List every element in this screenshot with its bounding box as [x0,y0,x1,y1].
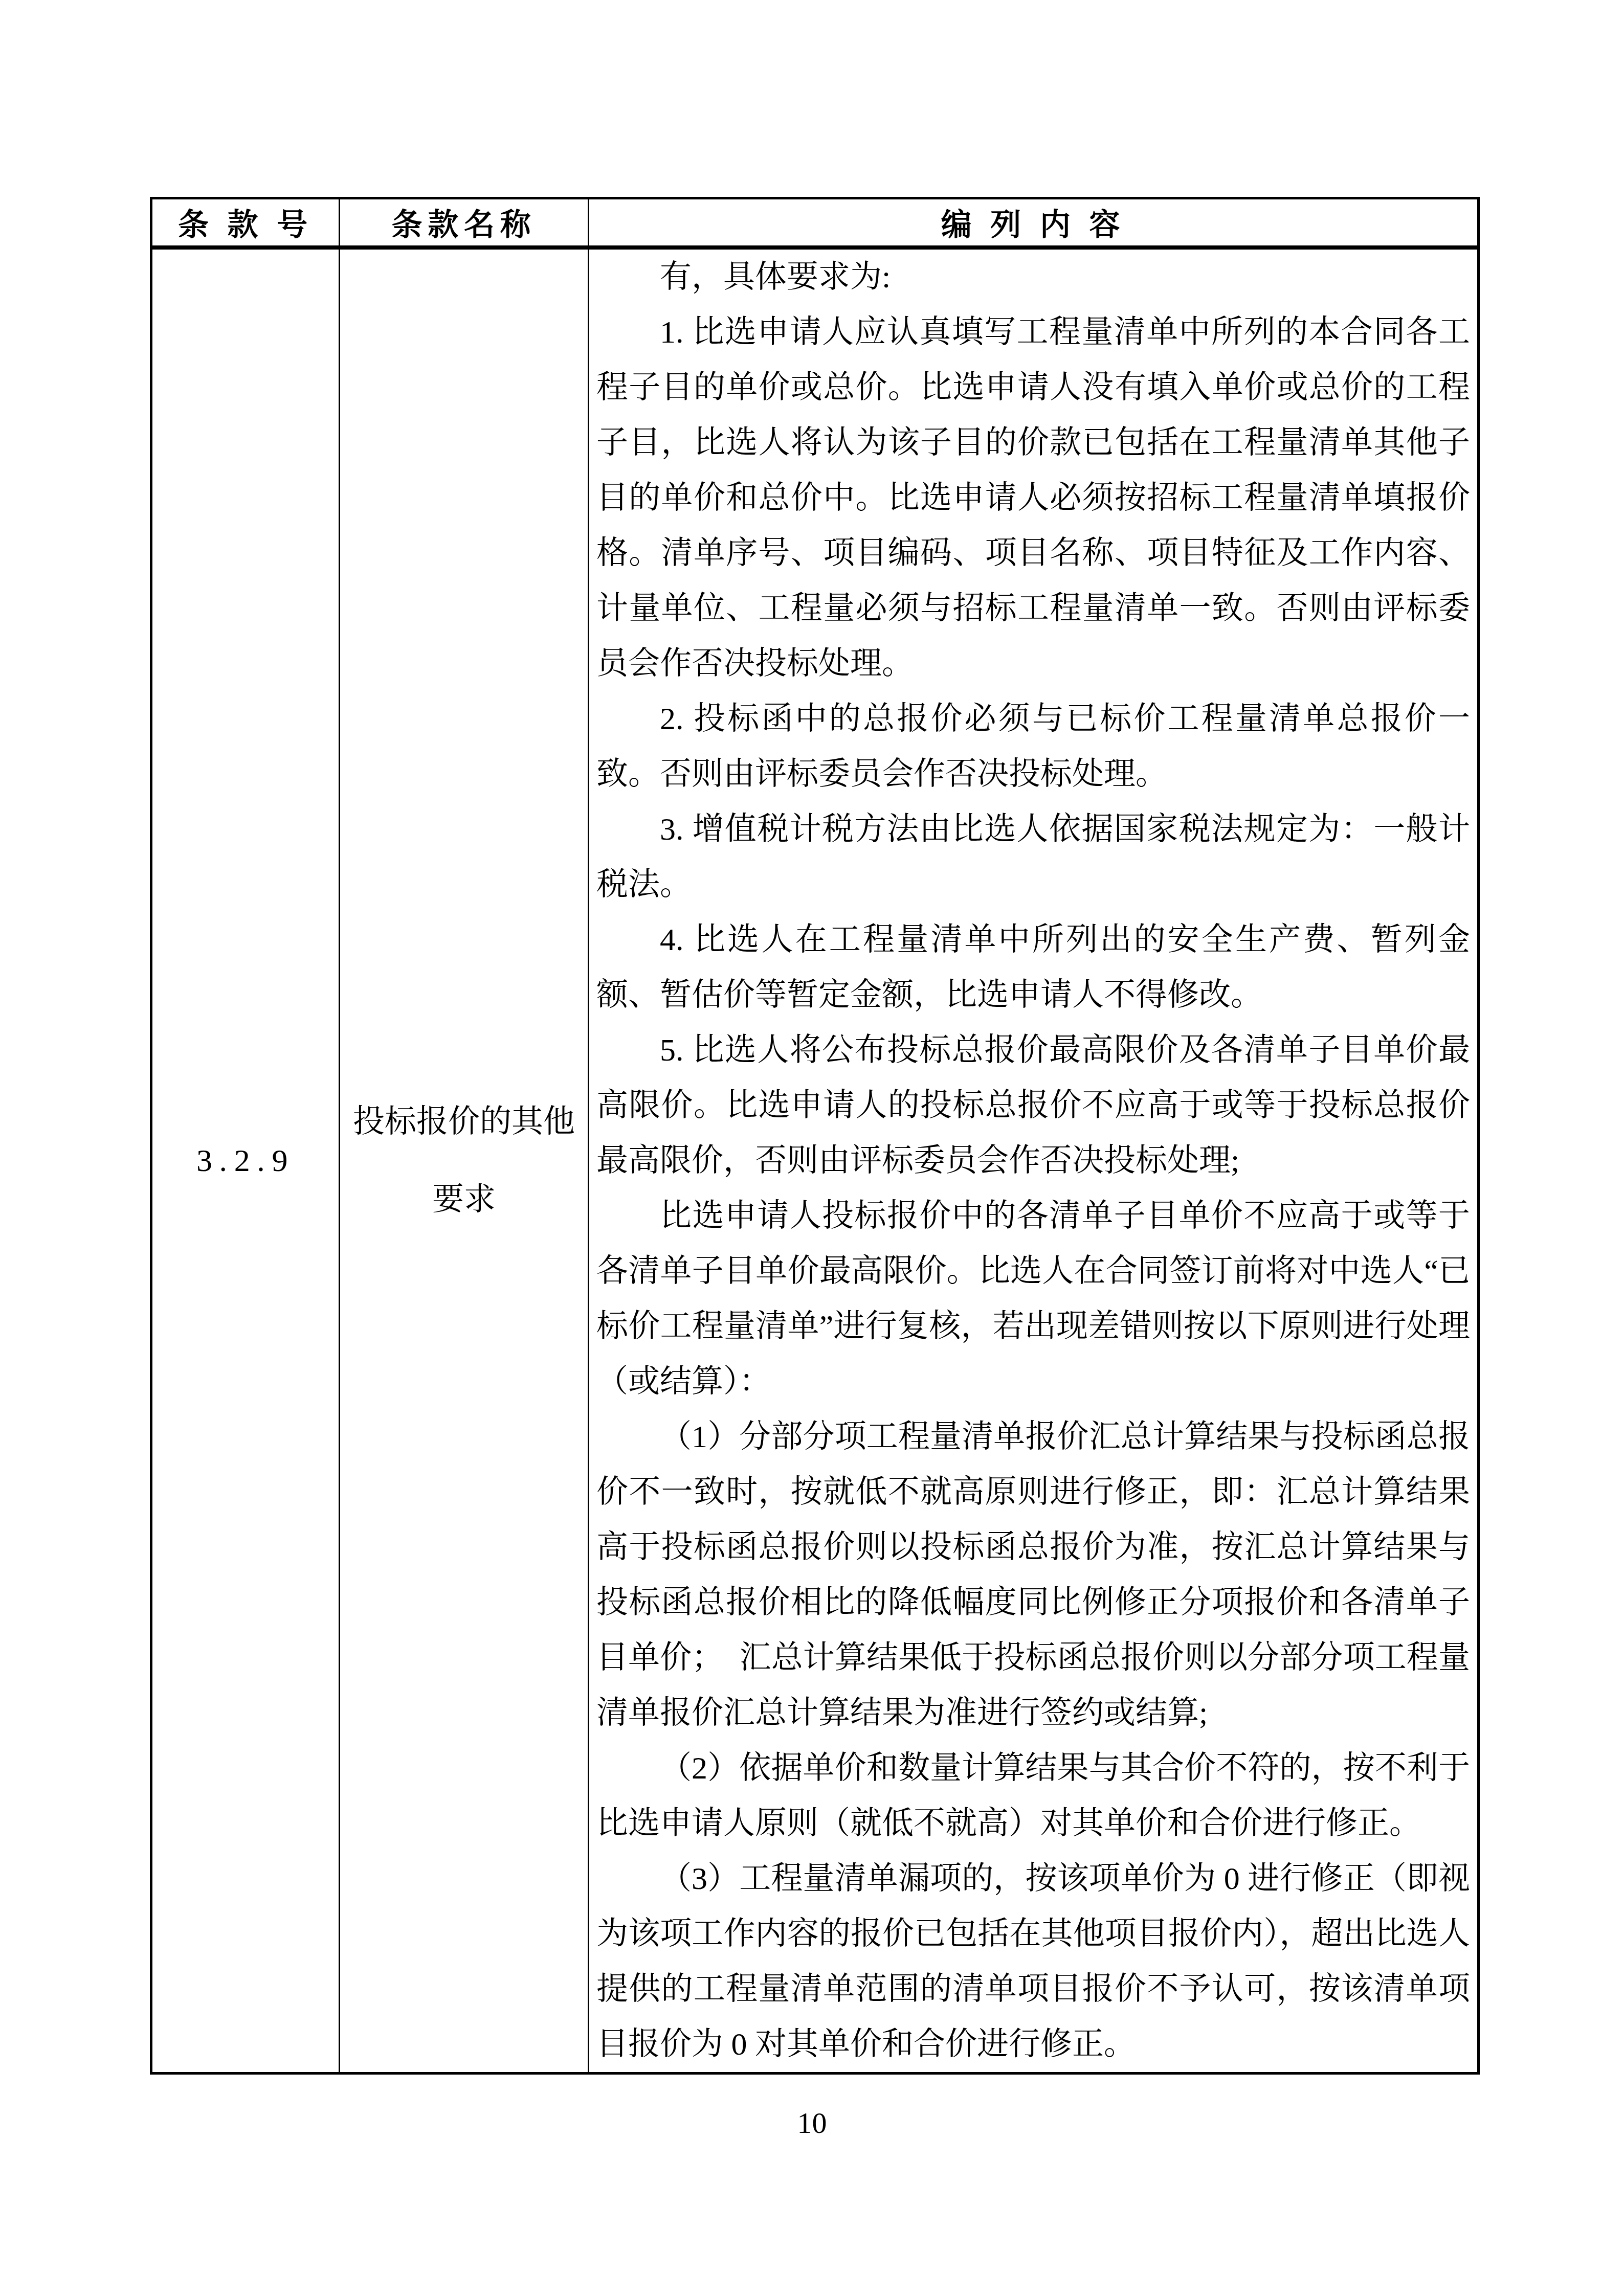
content-paragraph: （1）分部分项工程量清单报价汇总计算结果与投标函总报价不一致时，按就低不就高原则… [596,1409,1470,1741]
content-paragraph: （2）依据单价和数量计算结果与其合价不符的，按不利于比选申请人原则（就低不就高）… [596,1741,1470,1851]
header-content: 编 列 内 容 [589,199,1477,250]
clause-table: 条 款 号 条款名称 编 列 内 容 3.2.9 投标报价的其他 要求 有，具体… [150,197,1480,2075]
content-paragraph: 有，具体要求为: [596,250,1470,305]
document-page: 条 款 号 条款名称 编 列 内 容 3.2.9 投标报价的其他 要求 有，具体… [0,0,1624,2296]
clause-content-cell: 有，具体要求为:1. 比选申请人应认真填写工程量清单中所列的本合同各工程子目的单… [589,250,1477,2072]
clause-name-line-1: 投标报价的其他 [353,1083,575,1161]
clause-number: 3.2.9 [196,1143,295,1179]
clause-name-cell: 投标报价的其他 要求 [340,250,589,2072]
content-paragraph: 2. 投标函中的总报价必须与已标价工程量清单总报价一致。否则由评标委员会作否决投… [596,691,1470,802]
content-paragraph: 4. 比选人在工程量清单中所列出的安全生产费、暂列金额、暂估价等暂定金额，比选申… [596,912,1470,1023]
page-number: 10 [0,2103,1624,2144]
clause-number-cell: 3.2.9 [152,250,340,2072]
header-clause-name: 条款名称 [340,199,589,250]
content-paragraph: 5. 比选人将公布投标总报价最高限价及各清单子目单价最高限价。比选申请人的投标总… [596,1023,1470,1188]
content-paragraph: 比选申请人投标报价中的各清单子目单价不应高于或等于各清单子目单价最高限价。比选人… [596,1188,1470,1409]
content-paragraph: 1. 比选申请人应认真填写工程量清单中所列的本合同各工程子目的单价或总价。比选申… [596,305,1470,691]
header-clause-number: 条 款 号 [152,199,340,250]
content-paragraph: （3）工程量清单漏项的，按该项单价为 0 进行修正（即视为该项工作内容的报价已包… [596,1851,1470,2072]
clause-name-line-2: 要求 [432,1161,496,1239]
content-paragraph: 3. 增值税计税方法由比选人依据国家税法规定为：一般计税法。 [596,802,1470,912]
